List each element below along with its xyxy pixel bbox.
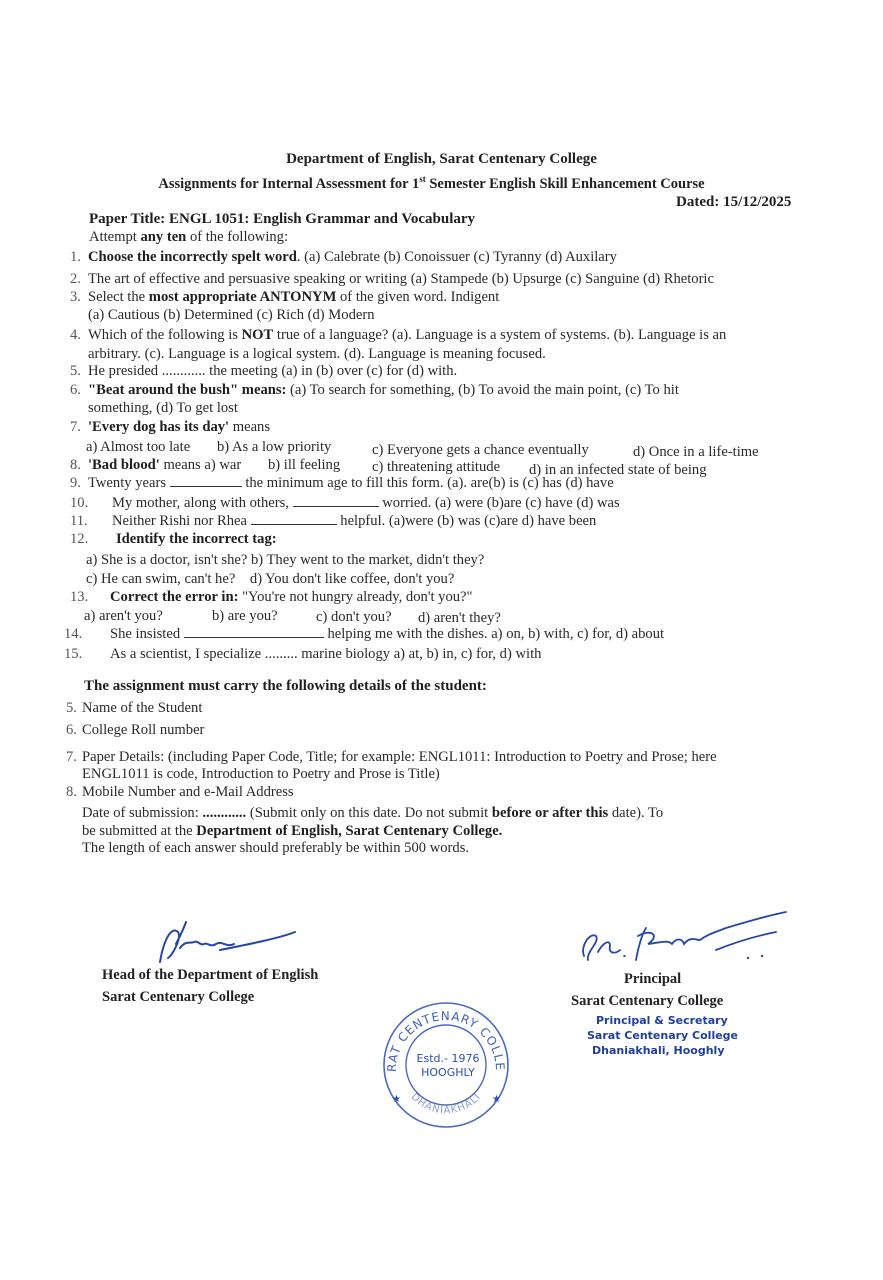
question-14: 14.She insisted helping me with the dish… bbox=[64, 625, 664, 643]
question-13: 13.Correct the error in: "You're not hun… bbox=[70, 588, 472, 606]
principal-college: Sarat Centenary College bbox=[571, 993, 723, 1010]
question-4: 4.Which of the following is NOT true of … bbox=[70, 326, 726, 344]
detail-item-contact: 8.Mobile Number and e-Mail Address bbox=[66, 783, 294, 801]
paper-title: Paper Title: ENGL 1051: English Grammar … bbox=[89, 211, 475, 228]
question-13-option-b: b) are you? bbox=[212, 607, 278, 625]
question-8: 8.'Bad blood' means a) war bbox=[70, 456, 241, 474]
question-1: 1.Choose the incorrectly spelt word. (a)… bbox=[70, 248, 617, 266]
question-7-option-b: b) As a low priority bbox=[217, 438, 331, 456]
question-7-option-a: a) Almost too late bbox=[86, 438, 190, 456]
college-seal: SARAT CENTENARY COLLEGE DHANIAKHALI ★ ★ … bbox=[376, 998, 516, 1132]
seal-bottom-text: DHANIAKHALI bbox=[409, 1091, 484, 1116]
svg-text:★: ★ bbox=[392, 1094, 401, 1105]
question-11: 11.Neither Rishi nor Rhea helpful. (a)we… bbox=[70, 512, 596, 530]
question-4-cont: arbitrary. (c). Language is a logical sy… bbox=[88, 345, 546, 363]
hod-college: Sarat Centenary College bbox=[102, 989, 254, 1006]
question-15: 15.As a scientist, I specialize ........… bbox=[64, 645, 541, 663]
hod-title: Head of the Department of English bbox=[102, 967, 318, 984]
question-6-cont: something, (d) To get lost bbox=[88, 399, 238, 417]
seal-place: HOOGHLY bbox=[421, 1066, 475, 1079]
question-5: 5.He presided ............ the meeting (… bbox=[70, 362, 457, 380]
assignment-title: Assignments for Internal Assessment for … bbox=[0, 174, 873, 193]
principal-title: Principal bbox=[624, 971, 681, 988]
question-6: 6."Beat around the bush" means: (a) To s… bbox=[70, 381, 679, 399]
principal-signature bbox=[576, 906, 796, 966]
question-7-option-c: c) Everyone gets a chance eventually bbox=[372, 441, 589, 459]
dated: Dated: 15/12/2025 bbox=[676, 194, 791, 211]
detail-item-roll: 6.College Roll number bbox=[66, 721, 204, 739]
question-13-option-a: a) aren't you? bbox=[84, 607, 163, 625]
detail-item-paper: 7.Paper Details: (including Paper Code, … bbox=[66, 748, 717, 766]
principal-stamp-line-2: Sarat Centenary College bbox=[587, 1029, 738, 1043]
detail-item-paper-cont: ENGL1011 is code, Introduction to Poetry… bbox=[82, 765, 440, 783]
question-2: 2.The art of effective and persuasive sp… bbox=[70, 270, 714, 288]
question-7: 7.'Every dog has its day' means bbox=[70, 418, 270, 436]
principal-stamp-line-3: Dhaniakhali, Hooghly bbox=[592, 1044, 725, 1058]
svg-text:★: ★ bbox=[492, 1094, 501, 1105]
submission-location: be submitted at the Department of Englis… bbox=[82, 822, 502, 840]
question-12-line-1: a) She is a doctor, isn't she? b) They w… bbox=[86, 551, 484, 569]
answer-length-note: The length of each answer should prefera… bbox=[82, 839, 469, 857]
hod-signature bbox=[150, 918, 300, 968]
submission-date-line: Date of submission: ............ (Submit… bbox=[82, 804, 663, 822]
question-8-option-b: b) ill feeling bbox=[268, 456, 340, 474]
question-12-line-2: c) He can swim, can't he? d) You don't l… bbox=[86, 570, 454, 588]
seal-estd: Estd.- 1976 bbox=[417, 1052, 480, 1065]
question-10: 10.My mother, along with others, worried… bbox=[70, 494, 620, 512]
department-heading: Department of English, Sarat Centenary C… bbox=[0, 151, 883, 168]
detail-item-name: 5.Name of the Student bbox=[66, 699, 202, 717]
question-9: 9.Twenty years the minimum age to fill t… bbox=[70, 474, 614, 492]
question-12: 12.Identify the incorrect tag: bbox=[70, 530, 277, 548]
question-3: 3.Select the most appropriate ANTONYM of… bbox=[70, 288, 499, 306]
question-7-option-d: d) Once in a life-time bbox=[633, 443, 759, 461]
details-heading: The assignment must carry the following … bbox=[84, 678, 487, 695]
question-3-options: (a) Cautious (b) Determined (c) Rich (d)… bbox=[88, 306, 375, 324]
principal-stamp-line-1: Principal & Secretary bbox=[596, 1014, 728, 1028]
question-13-option-c: c) don't you? bbox=[316, 608, 392, 626]
attempt-instruction: Attempt any ten of the following: bbox=[89, 228, 288, 246]
